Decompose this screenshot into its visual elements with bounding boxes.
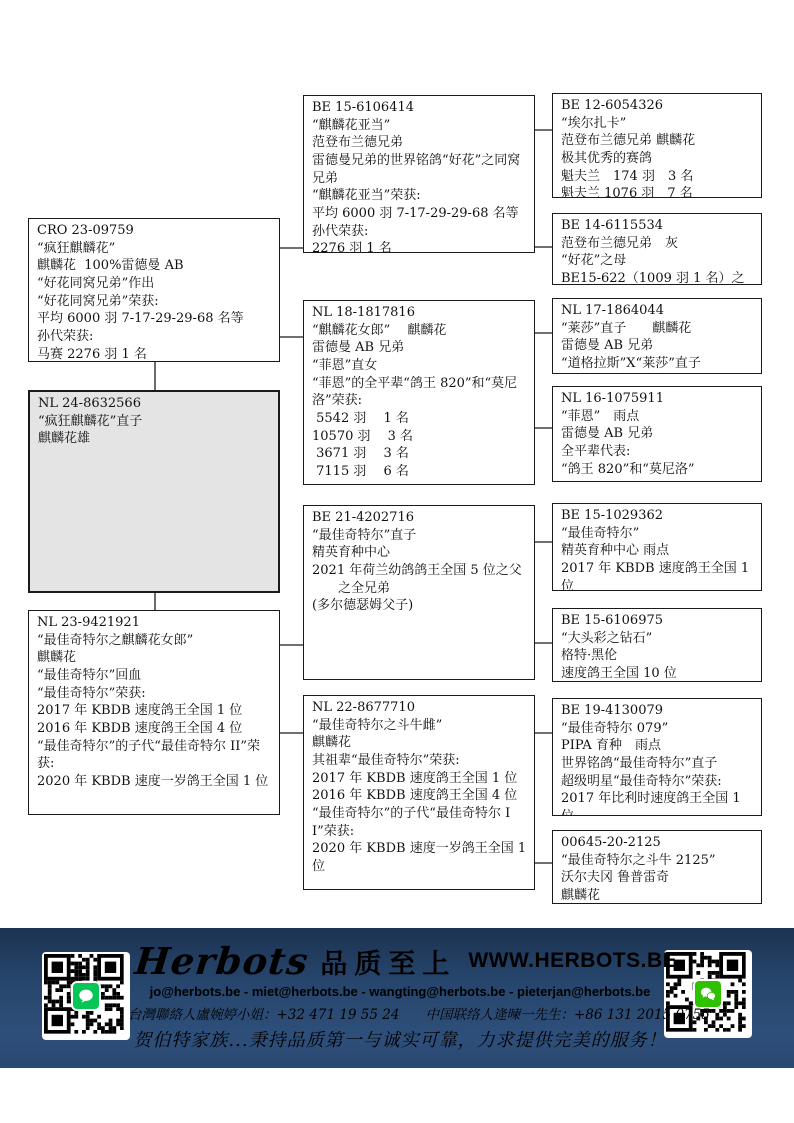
- email-line: jo@herbots.be - miet@herbots.be - wangti…: [140, 984, 660, 999]
- pedigree-box-greatgrandparent-1: BE 12-6054326 “埃尔扎卡” 范登布兰德兄弟 麒麟花 极其优秀的赛鸽…: [552, 93, 762, 198]
- pedigree-box-text: NL 17-1864044 “莱莎”直子 麒麟花 雷德曼 AB 兄弟 “道格拉斯…: [553, 299, 761, 374]
- pedigree-box-greatgrandparent-4: NL 16-1075911 “菲恩” 雨点 雷德曼 AB 兄弟 全平辈代表: “…: [552, 386, 762, 482]
- line-icon: [71, 981, 101, 1011]
- pedigree-box-text: NL 23-9421921 “最佳奇特尔之麒麟花女郎” 麒麟花 “最佳奇特尔”回…: [29, 611, 279, 794]
- quality-title: 品质至上: [320, 942, 456, 981]
- pedigree-box-text: NL 24-8632566 “疯狂麒麟花”直子 麒麟花雄: [30, 392, 278, 451]
- pedigree-box-greatgrandparent-3: NL 17-1864044 “莱莎”直子 麒麟花 雷德曼 AB 兄弟 “道格拉斯…: [552, 298, 762, 374]
- pedigree-box-text: BE 14-6115534 范登布兰德兄弟 灰 “好花”之母 BE15-622（…: [553, 214, 761, 285]
- slogan-line: 贺伯特家族...秉持品质第一与诚实可靠，力求提供完美的服务！: [128, 1026, 672, 1052]
- pedigree-box-greatgrandparent-7: BE 19-4130079 “最佳奇特尔 079” PIPA 育种 雨点 世界铭…: [552, 698, 762, 816]
- footer-brand-row: Herbots 品质至上 WWW.HERBOTS.BE: [140, 938, 660, 984]
- pedigree-box-greatgrandparent-5: BE 15-1029362 “最佳奇特尔” 精英育种中心 雨点 2017 年 K…: [552, 503, 762, 591]
- contact-china: 中国联络人逄暕一先生：+86 131 2015 0755: [425, 1007, 709, 1023]
- pedigree-box-text: CRO 23-09759 “疯狂麒麟花” 麒麟花 100%雷德曼 AB “好花同…: [29, 219, 279, 362]
- pedigree-box-text: BE 15-6106975 “大头彩之钻石” 格特·黑伦 速度鸽王全国 10 位: [553, 609, 761, 682]
- pedigree-box-text: BE 12-6054326 “埃尔扎卡” 范登布兰德兄弟 麒麟花 极其优秀的赛鸽…: [553, 94, 761, 198]
- pedigree-box-text: BE 21-4202716 “最佳奇特尔”直子 精英育种中心 2021 年荷兰幼…: [304, 506, 534, 618]
- pedigree-box-text: NL 16-1075911 “菲恩” 雨点 雷德曼 AB 兄弟 全平辈代表: “…: [553, 387, 761, 481]
- pedigree-box-mother: NL 23-9421921 “最佳奇特尔之麒麟花女郎” 麒麟花 “最佳奇特尔”回…: [28, 610, 280, 815]
- pedigree-box-grandparent-1: BE 15-6106414 “麒麟花亚当” 范登布兰德兄弟 雷德曼兄弟的世界铭鸽…: [303, 95, 535, 253]
- contact-line: 台灣聯絡人盧婉婷小姐：+32 471 19 55 24中国联络人逄暕一先生：+8…: [128, 1003, 672, 1023]
- wechat-qr-code: [664, 950, 752, 1038]
- pedigree-box-text: BE 19-4130079 “最佳奇特尔 079” PIPA 育种 雨点 世界铭…: [553, 699, 761, 816]
- pedigree-box-text: NL 22-8677710 “最佳奇特尔之斗牛雌” 麒麟花 其祖辈“最佳奇特尔”…: [304, 696, 534, 879]
- pedigree-box-greatgrandparent-2: BE 14-6115534 范登布兰德兄弟 灰 “好花”之母 BE15-622（…: [552, 213, 762, 285]
- pedigree-box-text: BE 15-6106414 “麒麟花亚当” 范登布兰德兄弟 雷德曼兄弟的世界铭鸽…: [304, 96, 534, 253]
- line-qr-code: [42, 952, 130, 1040]
- herbots-logo: Herbots: [133, 939, 311, 983]
- pedigree-box-text: BE 15-1029362 “最佳奇特尔” 精英育种中心 雨点 2017 年 K…: [553, 504, 761, 591]
- pedigree-box-grandparent-2: NL 18-1817816 “麒麟花女郎” 麒麟花 雷德曼 AB 兄弟 “菲恩”…: [303, 300, 535, 485]
- pedigree-box-greatgrandparent-8: 00645-20-2125 “最佳奇特尔之斗牛 2125” 沃尔夫冈 鲁普雷奇 …: [552, 830, 762, 904]
- pedigree-box-text: 00645-20-2125 “最佳奇特尔之斗牛 2125” 沃尔夫冈 鲁普雷奇 …: [553, 831, 761, 904]
- pedigree-box-father: CRO 23-09759 “疯狂麒麟花” 麒麟花 100%雷德曼 AB “好花同…: [28, 218, 280, 362]
- pedigree-box-text: NL 18-1817816 “麒麟花女郎” 麒麟花 雷德曼 AB 兄弟 “菲恩”…: [304, 301, 534, 484]
- pedigree-box-grandparent-3: BE 21-4202716 “最佳奇特尔”直子 精英育种中心 2021 年荷兰幼…: [303, 505, 535, 680]
- wechat-icon: [693, 979, 723, 1009]
- pedigree-box-grandparent-4: NL 22-8677710 “最佳奇特尔之斗牛雌” 麒麟花 其祖辈“最佳奇特尔”…: [303, 695, 535, 890]
- pedigree-box-greatgrandparent-6: BE 15-6106975 “大头彩之钻石” 格特·黑伦 速度鸽王全国 10 位: [552, 608, 762, 682]
- website-url: WWW.HERBOTS.BE: [468, 949, 677, 973]
- contact-taiwan: 台灣聯絡人盧婉婷小姐：+32 471 19 55 24: [128, 1007, 399, 1023]
- pedigree-box-subject: NL 24-8632566 “疯狂麒麟花”直子 麒麟花雄: [28, 390, 280, 593]
